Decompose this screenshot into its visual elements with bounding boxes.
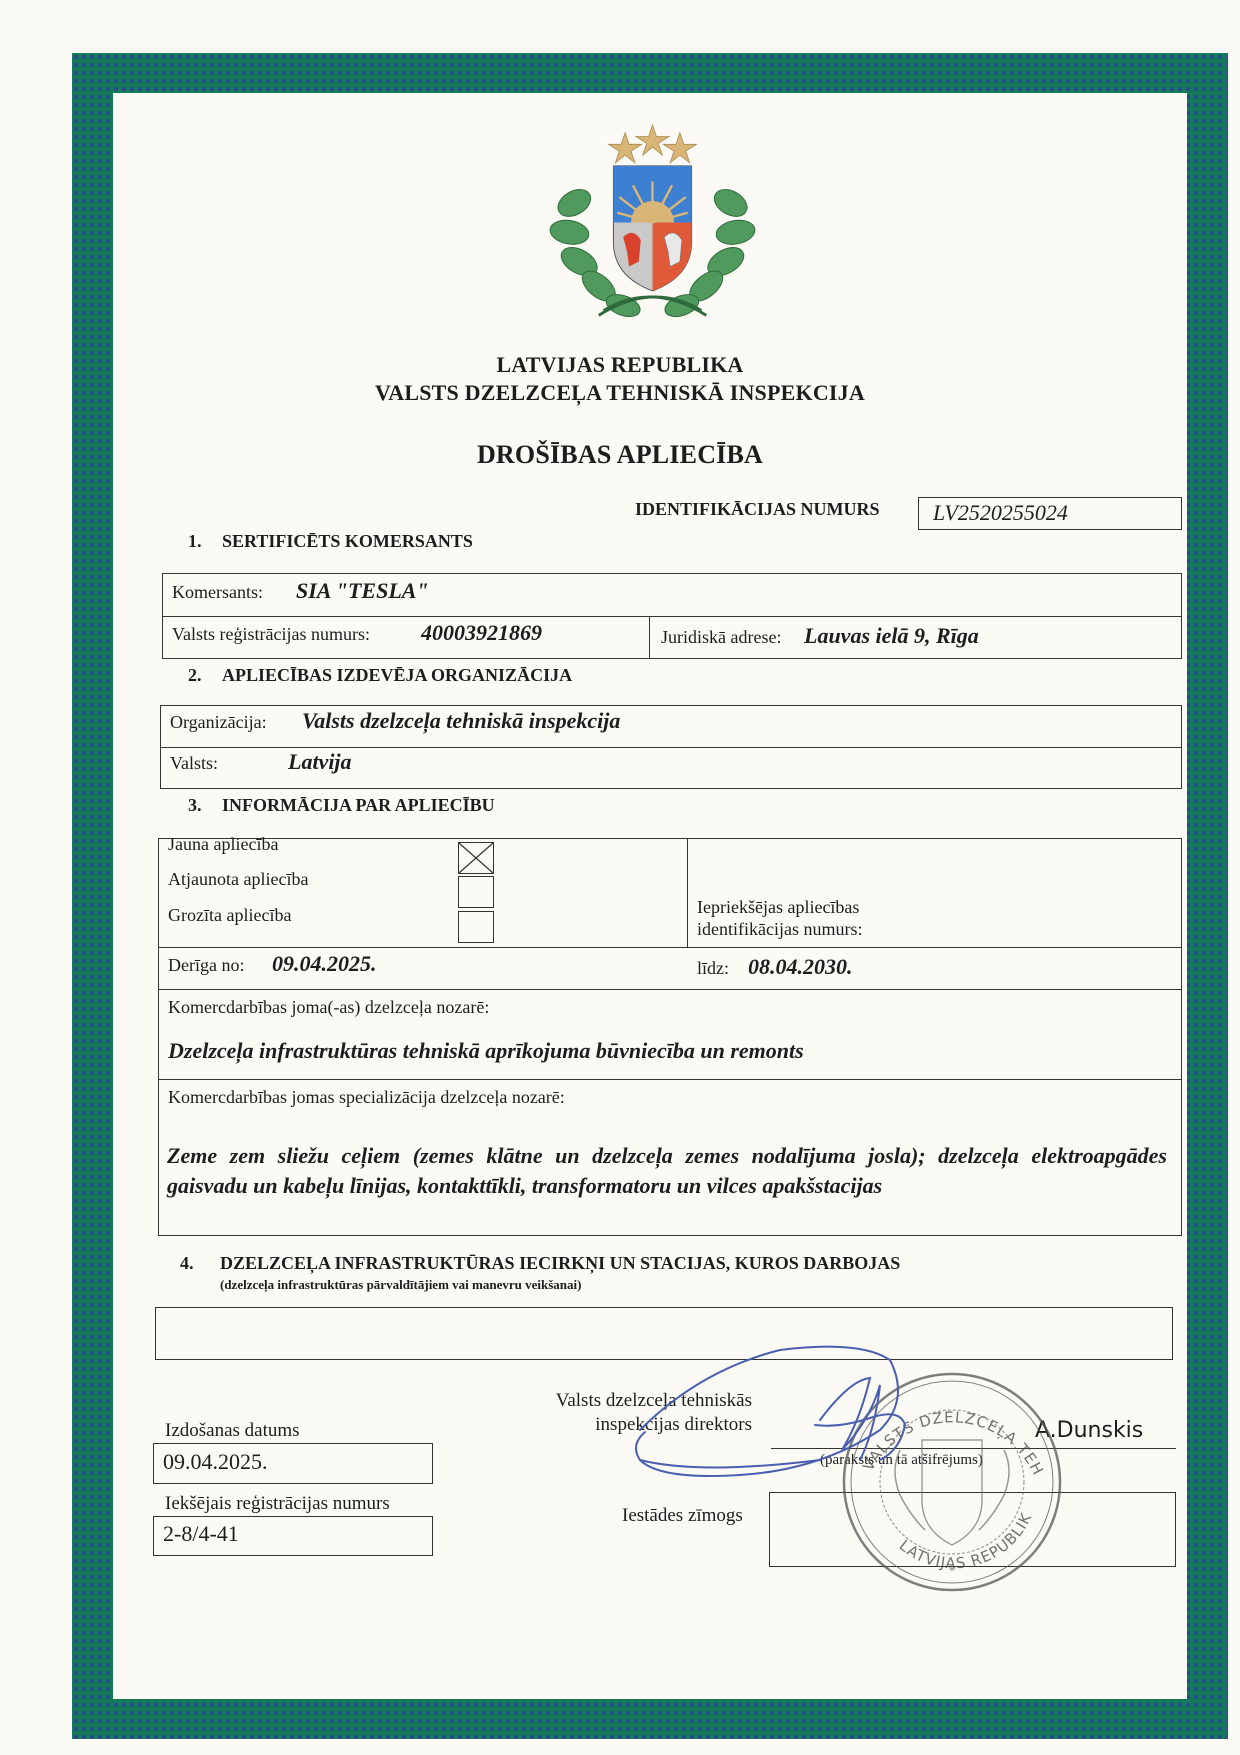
registration-number-value: 40003921869 xyxy=(421,620,542,646)
section-4-subtitle: (dzelzceļa infrastruktūras pārvaldītājie… xyxy=(220,1277,581,1293)
section-4-title: DZELZCEĻA INFRASTRUKTŪRAS IECIRKŅI UN ST… xyxy=(220,1253,900,1273)
section-1-number: 1. xyxy=(188,531,222,552)
column-divider xyxy=(649,616,650,658)
issue-date-value: 09.04.2025. xyxy=(163,1449,268,1475)
identification-number-label: IDENTIFIKĀCIJAS NUMURS xyxy=(635,499,880,520)
merchant-value: SIA "TESLA" xyxy=(296,578,429,604)
row-divider xyxy=(159,1079,1181,1080)
valid-from-value: 09.04.2025. xyxy=(272,951,377,977)
section-4-heading: 4.DZELZCEĻA INFRASTRUKTŪRAS IECIRKŅI UN … xyxy=(180,1253,900,1274)
row-divider xyxy=(163,616,1181,617)
country-value: Latvija xyxy=(288,749,352,775)
section-4-number: 4. xyxy=(180,1253,220,1274)
merchant-label: Komersants: xyxy=(172,582,263,603)
valid-from-label: Derīga no: xyxy=(168,955,244,976)
organization-label: Organizācija: xyxy=(170,712,267,733)
legal-address-value: Lauvas ielā 9, Rīga xyxy=(804,623,979,649)
republic-heading: LATVIJAS REPUBLIKA xyxy=(0,352,1240,378)
stamp-label: Iestādes zīmogs xyxy=(622,1505,743,1527)
issue-date-label: Izdošanas datums xyxy=(165,1420,300,1442)
checkbox-amended-certificate[interactable] xyxy=(458,911,494,943)
signature-caption: (paraksts un tā atšifrējums) xyxy=(820,1452,983,1469)
legal-address-label: Juridiskā adrese: xyxy=(661,627,781,648)
document-title: DROŠĪBAS APLIECĪBA xyxy=(0,440,1240,470)
internal-registration-value: 2-8/4-41 xyxy=(163,1521,239,1547)
identification-number-field: LV2520255024 xyxy=(918,497,1182,530)
row-divider xyxy=(159,989,1181,990)
row-divider xyxy=(159,947,1181,948)
section-3-heading: 3.INFORMĀCIJA PAR APLIECĪBU xyxy=(188,795,495,816)
valid-to-value: 08.04.2030. xyxy=(748,954,853,980)
country-label: Valsts: xyxy=(170,753,218,774)
checkmark-x-icon xyxy=(459,843,493,873)
signature-line xyxy=(771,1448,1176,1449)
signer-name: A.Dunskis xyxy=(1035,1418,1143,1443)
director-label-line1: Valsts dzelzceļa tehniskās xyxy=(540,1390,752,1412)
section-2-heading: 2.APLIECĪBAS IZDEVĒJA ORGANIZĀCIJA xyxy=(188,665,572,686)
column-divider xyxy=(687,839,688,947)
specialization-label: Komercdarbības jomas specializācija dzel… xyxy=(168,1087,565,1108)
row-divider xyxy=(161,747,1181,748)
inspection-heading: VALSTS DZELZCEĻA TEHNISKĀ INSPEKCIJA xyxy=(0,380,1240,406)
business-area-label: Komercdarbības joma(-as) dzelzceļa nozar… xyxy=(168,997,489,1018)
organization-value: Valsts dzelzceļa tehniskā inspekcija xyxy=(302,708,620,734)
checkbox-new-certificate[interactable] xyxy=(458,842,494,874)
sections-and-stations-field xyxy=(155,1307,1173,1360)
section-1-heading: 1.SERTIFICĒTS KOMERSANTS xyxy=(188,531,473,552)
specialization-value: Zeme zem sliežu ceļiem (zemes klātne un … xyxy=(167,1141,1167,1201)
business-area-value: Dzelzceļa infrastruktūras tehniskā aprīk… xyxy=(168,1038,804,1064)
section-2-number: 2. xyxy=(188,665,222,686)
previous-id-label-line1: Iepriekšējas apliecības xyxy=(697,897,859,918)
registration-number-label: Valsts reģistrācijas numurs: xyxy=(172,624,370,645)
coat-of-arms-icon xyxy=(545,115,760,330)
director-label-line2: inspekcijas direktors xyxy=(540,1414,752,1436)
checkbox-label-amended: Grozīta apliecība xyxy=(168,905,291,926)
section-3-title: INFORMĀCIJA PAR APLIECĪBU xyxy=(222,795,495,815)
internal-registration-label: Iekšējais reģistrācijas numurs xyxy=(165,1493,390,1515)
section-3-number: 3. xyxy=(188,795,222,816)
checkbox-label-renewed: Atjaunota apliecība xyxy=(168,869,308,890)
section-2-title: APLIECĪBAS IZDEVĒJA ORGANIZĀCIJA xyxy=(222,665,572,685)
checkbox-renewed-certificate[interactable] xyxy=(458,876,494,908)
checkbox-label-new: Jauna apliecība xyxy=(168,834,278,855)
stamp-field xyxy=(769,1492,1176,1567)
section-1-title: SERTIFICĒTS KOMERSANTS xyxy=(222,531,473,551)
previous-id-label-line2: identifikācijas numurs: xyxy=(697,919,862,940)
valid-to-label: līdz: xyxy=(697,958,729,979)
